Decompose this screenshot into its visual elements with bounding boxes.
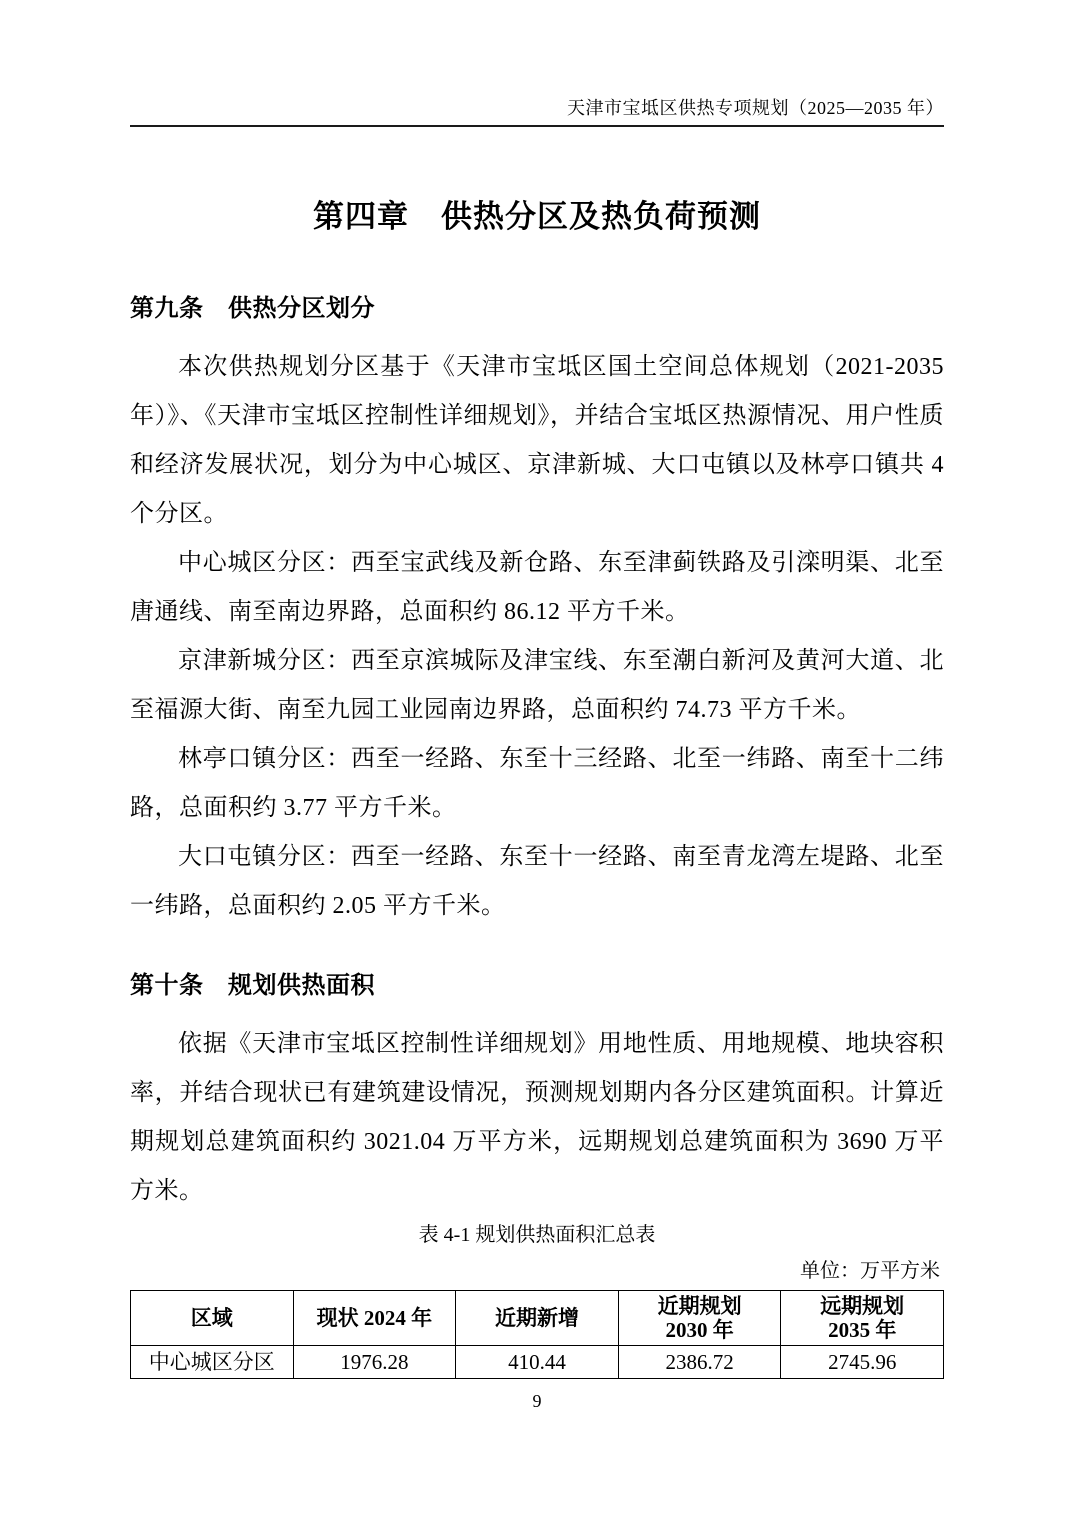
paragraph: 林亭口镇分区：西至一经路、东至十三经路、北至一纬路、南至十二纬路，总面积约 3.… <box>130 735 944 833</box>
table-cell-region: 中心城区分区 <box>131 1346 294 1379</box>
paragraph: 中心城区分区：西至宝武线及新仓路、东至津蓟铁路及引滦明渠、北至唐通线、南至南边界… <box>130 539 944 637</box>
table-caption: 表 4-1 规划供热面积汇总表 <box>130 1222 944 1248</box>
paragraph: 大口屯镇分区：西至一经路、东至十一经路、南至青龙湾左堤路、北至一纬路，总面积约 … <box>130 833 944 931</box>
table-header-cell: 远期规划 2035 年 <box>781 1291 944 1346</box>
table-header-cell: 近期规划 2030 年 <box>618 1291 781 1346</box>
table-row: 中心城区分区 1976.28 410.44 2386.72 2745.96 <box>131 1346 944 1379</box>
paragraph: 京津新城分区：西至京滨城际及津宝线、东至潮白新河及黄河大道、北至福源大街、南至九… <box>130 637 944 735</box>
section-heading-article-9: 第九条 供热分区划分 <box>130 288 944 323</box>
document-body: 第九条 供热分区划分 本次供热规划分区基于《天津市宝坻区国土空间总体规划（202… <box>130 288 944 1412</box>
document-page: 天津市宝坻区供热专项规划（2025—2035 年） 第四章 供热分区及热负荷预测… <box>0 0 1074 1520</box>
table-header-cell: 区域 <box>131 1291 294 1346</box>
running-title: 天津市宝坻区供热专项规划（2025—2035 年） <box>130 96 944 125</box>
paragraph: 本次供热规划分区基于《天津市宝坻区国土空间总体规划（2021-2035 年）》、… <box>130 343 944 539</box>
table-header-cell: 现状 2024 年 <box>293 1291 456 1346</box>
table-unit-label: 单位：万平方米 <box>130 1258 944 1284</box>
table-cell-value: 1976.28 <box>293 1346 456 1379</box>
heating-area-summary-table: 区域 现状 2024 年 近期新增 近期规划 2030 年 远期规划 2035 … <box>130 1290 944 1379</box>
table-cell-value: 2745.96 <box>781 1346 944 1379</box>
table-header-row: 区域 现状 2024 年 近期新增 近期规划 2030 年 远期规划 2035 … <box>131 1291 944 1346</box>
section-heading-article-10: 第十条 规划供热面积 <box>130 965 944 1000</box>
chapter-title: 第四章 供热分区及热负荷预测 <box>0 191 1074 236</box>
page-number: 9 <box>130 1391 944 1412</box>
paragraph: 依据《天津市宝坻区控制性详细规划》用地性质、用地规模、地块容积率，并结合现状已有… <box>130 1020 944 1216</box>
table-cell-value: 410.44 <box>456 1346 619 1379</box>
table-cell-value: 2386.72 <box>618 1346 781 1379</box>
section-9-paragraphs: 本次供热规划分区基于《天津市宝坻区国土空间总体规划（2021-2035 年）》、… <box>130 343 944 931</box>
page-header: 天津市宝坻区供热专项规划（2025—2035 年） <box>130 0 944 127</box>
header-rule <box>130 125 944 127</box>
section-10-paragraphs: 依据《天津市宝坻区控制性详细规划》用地性质、用地规模、地块容积率，并结合现状已有… <box>130 1020 944 1216</box>
table-header-cell: 近期新增 <box>456 1291 619 1346</box>
